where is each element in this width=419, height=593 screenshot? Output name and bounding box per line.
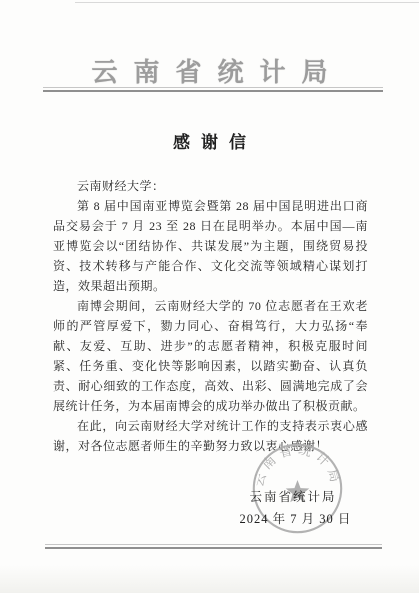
scan-edge-artifact [75,2,419,3]
scan-shadow-artifact [0,565,419,593]
letter-body: 云南财经大学： 第 8 届中国南亚博览会暨第 28 届中国昆明进出口商品交易会于… [53,176,368,456]
salutation: 云南财经大学： [53,176,368,196]
signature-date: 2024 年 7 月 30 日 [223,509,368,527]
letterhead-divider [43,87,383,92]
letterhead-org-name: 云南省统计局 [0,52,419,89]
signature-org-name: 云南省统计局 [233,487,353,505]
body-paragraph: 第 8 届中国南亚博览会暨第 28 届中国昆明进出口商品交易会于 7 月 23 … [53,196,368,296]
body-paragraph: 南博会期间，云南财经大学的 70 位志愿者在王欢老师的严管厚爱下，勠力同心、奋楫… [53,296,368,416]
letter-title: 感谢信 [0,128,419,153]
scanned-letter-page: 云南省统计局 感谢信 云南财经大学： 第 8 届中国南亚博览会暨第 28 届中国… [0,0,419,593]
footer-divider [45,544,382,549]
